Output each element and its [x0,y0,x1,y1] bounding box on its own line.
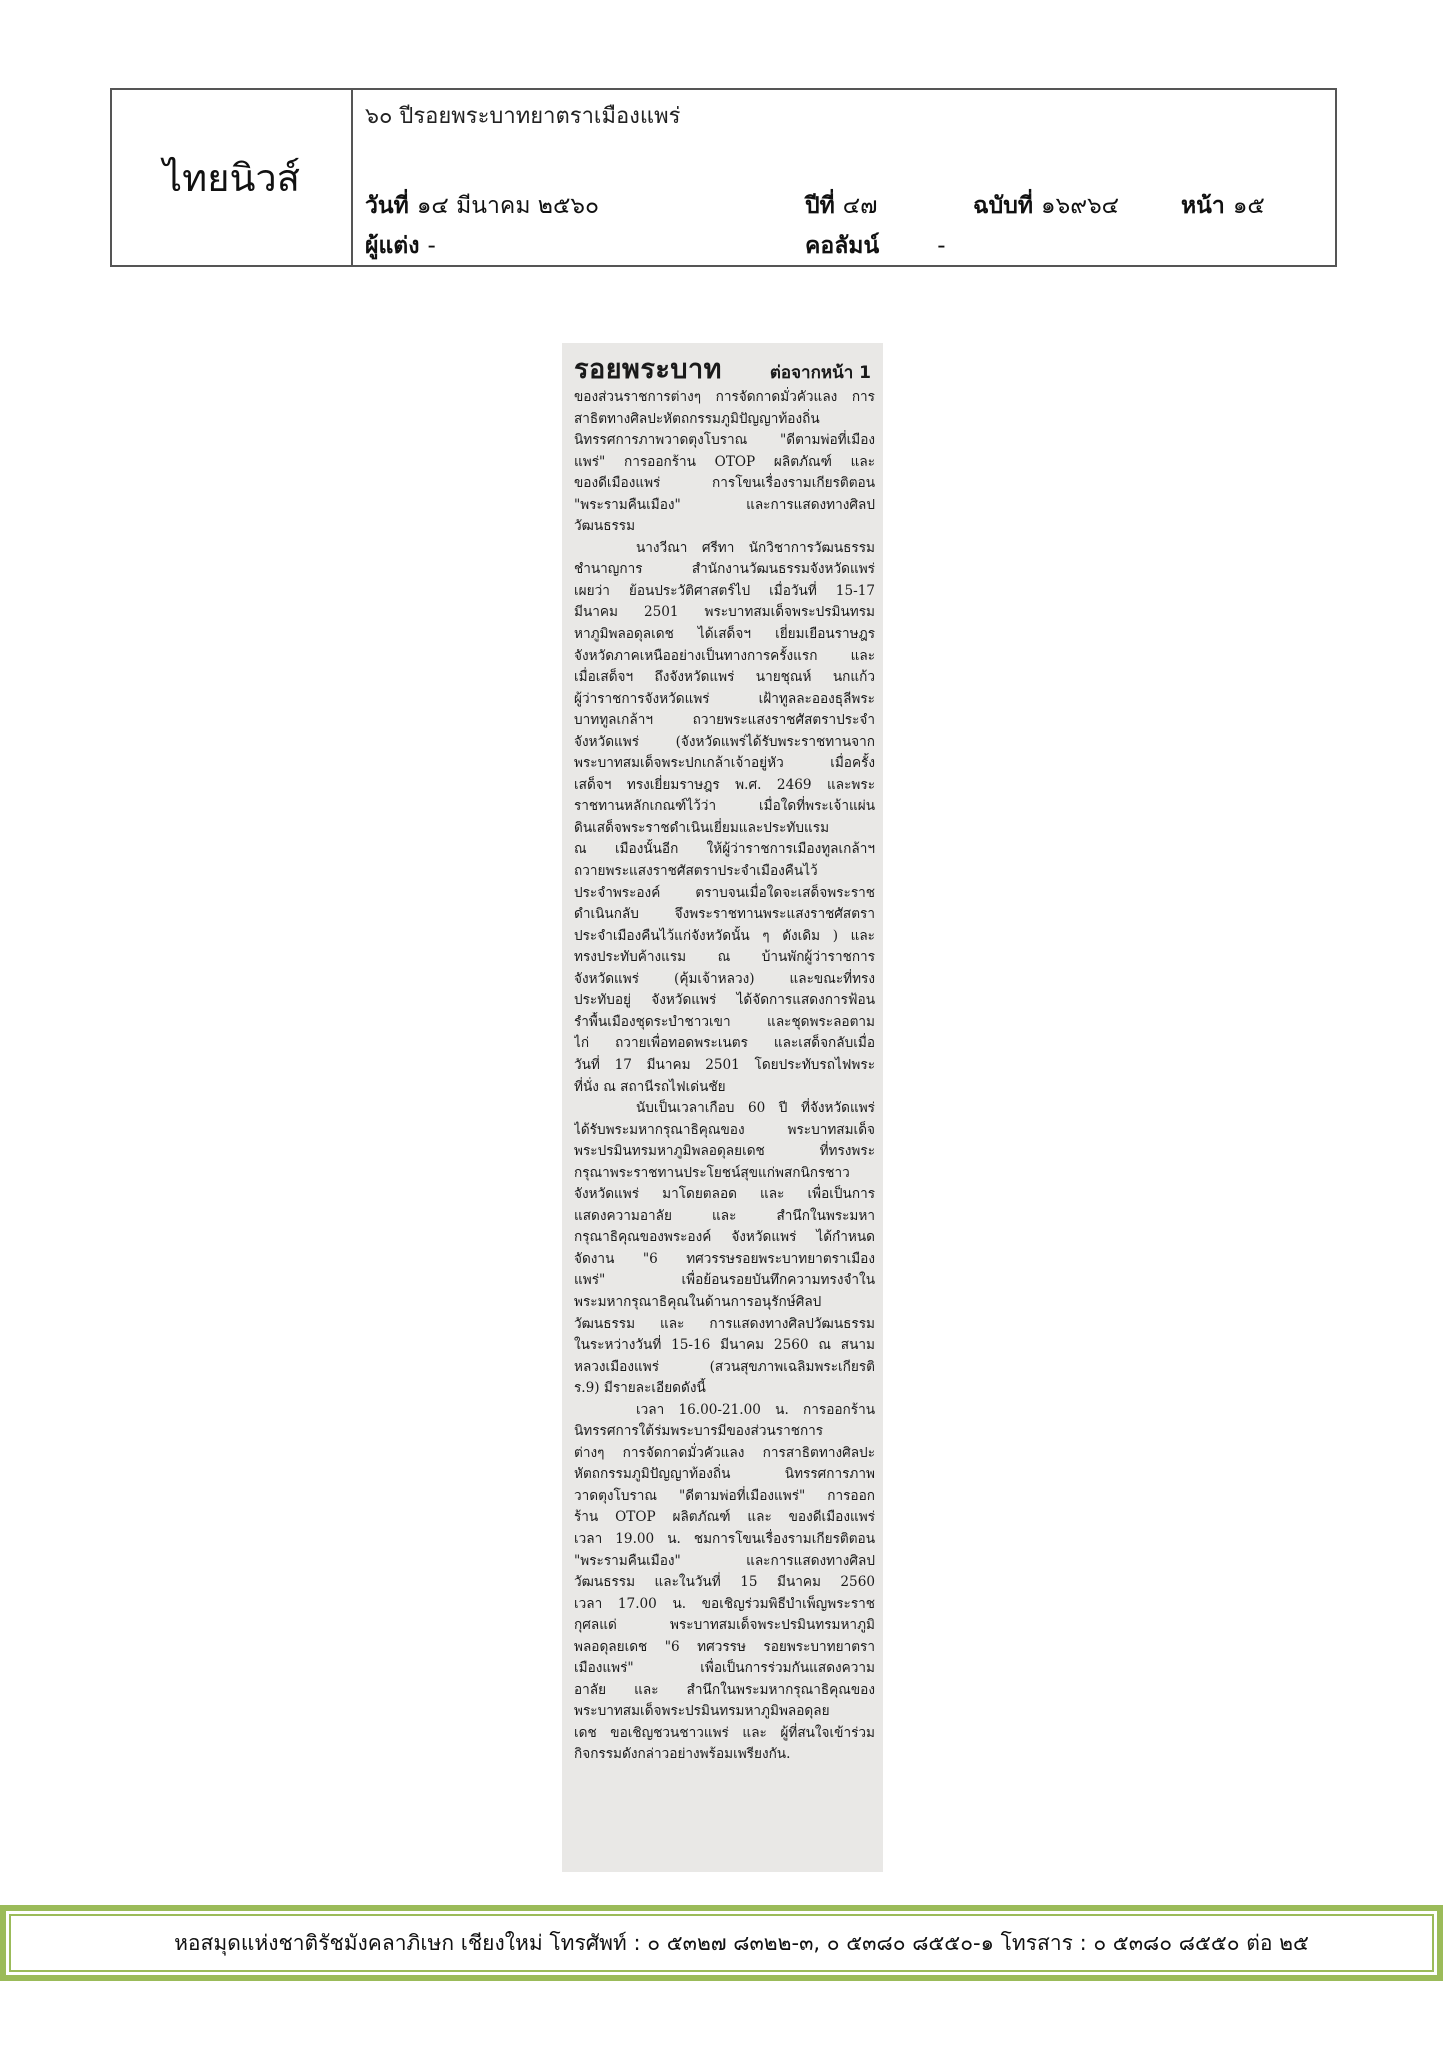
article-line: กิจกรรมดังกล่าวอย่างพร้อมเพรียงกัน. [574,1744,875,1766]
article-line: นางวีณา ศรีทา นักวิชาการวัฒนธรรม [574,538,875,560]
article-line: ณ เมืองนั้นอีก ให้ผู้ว่าราชการเมืองทูลเก… [574,839,875,861]
issue-value: ๑๖๙๖๔ [1041,193,1119,219]
column-label: คอลัมน์ [805,233,879,259]
library-contact-info: หอสมุดแห่งชาติรัชมังคลาภิเษก เชียงใหม่ โ… [134,1927,1309,1960]
continued-from-label: ต่อจากหน้า 1 [770,359,871,386]
article-line: ชำนาญการ สำนักงานวัฒนธรรมจังหวัดแพร่ [574,559,875,581]
article-line: เมื่อเสด็จฯ ถึงจังหวัดแพร่ นายชุณห์ นกแก… [574,667,875,689]
article-line: ของส่วนราชการต่างๆ การจัดกาดมั่วคัวแลง ก… [574,387,875,409]
article-line: พระบาทสมเด็จพระปกเกล้าเจ้าอยู่หัว เมื่อค… [574,753,875,775]
article-line: ดำเนินกลับ จึงพระราชทานพระแสงราชศัสตรา [574,904,875,926]
article-line: ประทับอยู่ จังหวัดแพร่ ได้จัดการแสดงการฟ… [574,990,875,1012]
clipping-body: ของส่วนราชการต่างๆ การจัดกาดมั่วคัวแลง ก… [574,387,875,1766]
article-line: หาภูมิพลอดุลเดช ได้เสด็จฯ เยี่ยมเยือนราษ… [574,624,875,646]
article-line: ทรงประทับค้างแรม ณ บ้านพักผู้ว่าราชการ [574,947,875,969]
article-line: เมืองแพร่" เพื่อเป็นการร่วมกันแสดงความ [574,1658,875,1680]
page-field: หน้า๑๕ [1181,188,1265,224]
article-line: รำพื้นเมืองชุดระบำชาวเขา และชุดพระลอตาม [574,1012,875,1034]
clipping-header: รอยพระบาท ต่อจากหน้า 1 [574,347,875,385]
article-line: กรุณาธิคุณของพระองค์ จังหวัดแพร่ ได้กำหน… [574,1227,875,1249]
article-line: มีนาคม 2501 พระบาทสมเด็จพระปรมินทรม [574,602,875,624]
author-value: - [427,233,435,259]
footer-inner: หอสมุดแห่งชาติรัชมังคลาภิเษก เชียงใหม่ โ… [6,1911,1437,1975]
article-line: วัฒนธรรม [574,516,875,538]
article-line: จังหวัดภาคเหนืออย่างเป็นทางการครั้งแรก แ… [574,646,875,668]
publication-cell: ไทยนิวส์ [112,90,353,265]
article-line: ดินเสด็จพระราชดำเนินเยี่ยมและประทับแรม [574,818,875,840]
article-line: "พระรามคืนเมือง" และการแสดงทางศิลป [574,495,875,517]
column-field: คอลัมน์- [805,228,946,264]
article-line: เวลา 19.00 น. ชมการโขนเรื่องรามเกียรติตอ… [574,1529,875,1551]
article-line: ได้รับพระมหากรุณาธิคุณของ พระบาทสมเด็จ [574,1120,875,1142]
article-line: วัฒนธรรม และในวันที่ 15 มีนาคม 2560 [574,1572,875,1594]
author-label: ผู้แต่ง [365,233,419,259]
author-field: ผู้แต่ง- [365,228,436,264]
article-line: ที่นั่ง ณ สถานีรถไฟเด่นชัย [574,1077,875,1099]
article-line: แพร่" การออกร้าน OTOP ผลิตภัณฑ์ และ [574,452,875,474]
column-value: - [937,233,945,259]
clipping-info-table: ไทยนิวส์ ๖๐ ปีรอยพระบาทยาตราเมืองแพร่ วั… [110,88,1337,267]
article-line: กุศลแด่ พระบาทสมเด็จพระปรมินทรมหาภูมิ [574,1615,875,1637]
article-line: สาธิตทางศิลปะหัตถกรรมภูมิปัญญาท้องถิ่น [574,409,875,431]
footer-banner: หอสมุดแห่งชาติรัชมังคลาภิเษก เชียงใหม่ โ… [0,1905,1443,1981]
article-line: แพร่" เพื่อย้อนรอยบันทึกความทรงจำใน [574,1270,875,1292]
newspaper-clipping: รอยพระบาท ต่อจากหน้า 1 ของส่วนราชการต่าง… [562,343,883,1872]
clipping-title: รอยพระบาท [574,347,722,390]
article-line: พระบาทสมเด็จพระปรมินทรมหาภูมิพลอดุลย [574,1701,875,1723]
article-line: จังหวัดแพร่ (จังหวัดแพร่ได้รับพระราชทานจ… [574,732,875,754]
date-value: ๑๔ มีนาคม ๒๕๖๐ [417,193,599,219]
article-line: ร้าน OTOP ผลิตภัณฑ์ และ ของดีเมืองแพร่ [574,1507,875,1529]
article-line: วาดตุงโบราณ "ดีตามพ่อที่เมืองแพร่" การออ… [574,1486,875,1508]
article-line: จังหวัดแพร่ (คุ้มเจ้าหลวง) และขณะที่ทรง [574,969,875,991]
article-line: เวลา 17.00 น. ขอเชิญร่วมพิธีบำเพ็ญพระราช [574,1594,875,1616]
article-line: พลอดุลยเดช "6 ทศวรรษ รอยพระบาทยาตรา [574,1637,875,1659]
date-label: วันที่ [365,193,409,219]
article-line: หัตถกรรมภูมิปัญญาท้องถิ่น นิทรรศการภาพ [574,1464,875,1486]
article-line: กรุณาพระราชทานประโยชน์สุขแก่พสกนิกรชาว [574,1163,875,1185]
article-line: วัฒนธรรม และ การแสดงทางศิลปวัฒนธรรม [574,1314,875,1336]
article-line: ในระหว่างวันที่ 15-16 มีนาคม 2560 ณ สนาม [574,1335,875,1357]
article-line: นิทรรศการภาพวาดตุงโบราณ "ดีตามพ่อที่เมือ… [574,430,875,452]
article-line: เวลา 16.00-21.00 น. การออกร้าน [574,1400,875,1422]
article-line: ของดีเมืองแพร่ การโขนเรื่องรามเกียรติตอน [574,473,875,495]
year-value: ๔๗ [843,193,878,219]
page-value: ๑๕ [1233,193,1265,219]
article-line: หลวงเมืองแพร่ (สวนสุขภาพเฉลิมพระเกียรติ [574,1357,875,1379]
article-line: พระปรมินทรมหาภูมิพลอดุลยเดช ที่ทรงพระ [574,1141,875,1163]
article-line: ประจำเมืองคืนไว้แก่จังหวัดนั้น ๆ ดังเดิม… [574,926,875,948]
article-line: บาททูลเกล้าฯ ถวายพระแสงราชศัสตราประจำ [574,710,875,732]
article-line: เดช ขอเชิญชวนชาวแพร่ และ ผู้ที่สนใจเข้าร… [574,1723,875,1745]
date-field: วันที่๑๔ มีนาคม ๒๕๖๐ [365,188,599,224]
article-line: แสดงความอาลัย และ สำนึกในพระมหา [574,1206,875,1228]
article-line: จัดงาน "6 ทศวรรษรอยพระบาทยาตราเมือง [574,1249,875,1271]
article-line: "พระรามคืนเมือง" และการแสดงทางศิลป [574,1551,875,1573]
article-line: เผยว่า ย้อนประวัติศาสตร์ไป เมื่อวันที่ 1… [574,581,875,603]
article-line: จังหวัดแพร่ มาโดยตลอด และ เพื่อเป็นการ [574,1184,875,1206]
article-line: ไก่ ถวายเพื่อทอดพระเนตร และเสด็จกลับเมื่… [574,1033,875,1055]
year-label: ปีที่ [805,193,835,219]
article-line: วันที่ 17 มีนาคม 2501 โดยประทับรถไฟพระ [574,1055,875,1077]
article-line: นับเป็นเวลาเกือบ 60 ปี ที่จังหวัดแพร่ [574,1098,875,1120]
publication-name: ไทยนิวส์ [163,147,300,208]
article-line: ราชทานหลักเกณฑ์ไว้ว่า เมื่อใดที่พระเจ้าแ… [574,796,875,818]
article-line: พระมหากรุณาธิคุณในด้านการอนุรักษ์ศิลป [574,1292,875,1314]
page-label: หน้า [1181,193,1225,219]
issue-label: ฉบับที่ [973,193,1033,219]
article-line: ประจำพระองค์ ตราบจนเมื่อใดจะเสด็จพระราช [574,883,875,905]
article-line: นิทรรศการใต้ร่มพระบารมีของส่วนราชการ [574,1421,875,1443]
article-line: ถวายพระแสงราชศัสตราประจำเมืองคืนไว้ [574,861,875,883]
details-cell: ๖๐ ปีรอยพระบาทยาตราเมืองแพร่ วันที่๑๔ มี… [353,90,1335,265]
issue-field: ฉบับที่๑๖๙๖๔ [973,188,1119,224]
footer-box: หอสมุดแห่งชาติรัชมังคลาภิเษก เชียงใหม่ โ… [9,1914,1434,1972]
year-field: ปีที่๔๗ [805,188,877,224]
article-line: ผู้ว่าราชการจังหวัดแพร่ เฝ้าทูลละอองธุลี… [574,689,875,711]
article-line: เสด็จฯ ทรงเยี่ยมราษฎร พ.ศ. 2469 และพระ [574,775,875,797]
article-line: ร.9) มีรายละเอียดดังนี้ [574,1378,875,1400]
article-line: อาลัย และ สำนึกในพระมหากรุณาธิคุณของ [574,1680,875,1702]
article-headline: ๖๐ ปีรอยพระบาทยาตราเมืองแพร่ [365,98,680,133]
article-line: ต่างๆ การจัดกาดมั่วคัวแลง การสาธิตทางศิล… [574,1443,875,1465]
